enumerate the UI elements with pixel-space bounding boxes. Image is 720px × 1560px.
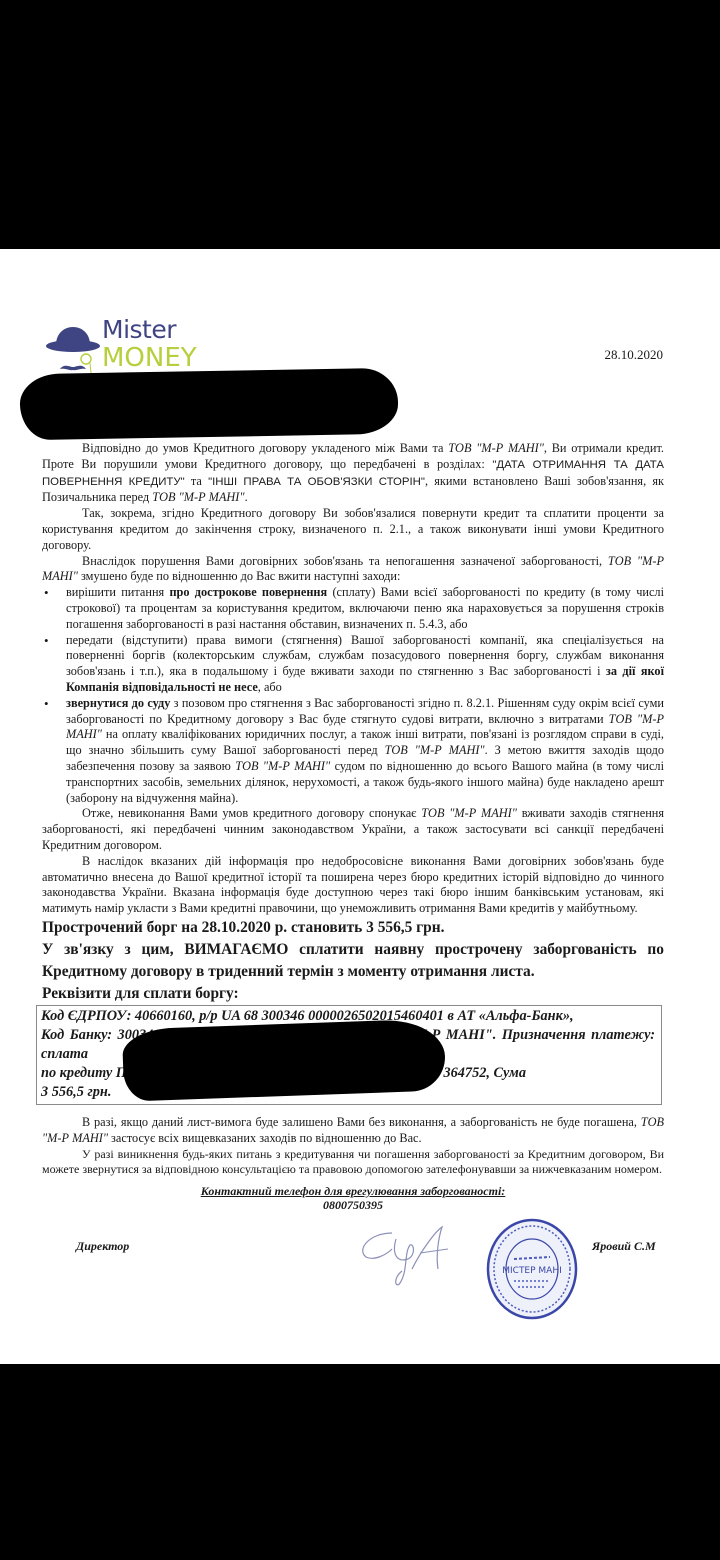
letter-page: Mister MONEY 28.10.2020 Кр Відповідно до… bbox=[0, 249, 720, 1364]
bowler-hat-icon bbox=[44, 315, 104, 377]
company-stamp-icon: МІСТЕР МАНІ bbox=[484, 1217, 580, 1321]
redacted-recipient bbox=[19, 368, 398, 441]
payment-requisites-box: Код ЄДРПОУ: 40660160, р/р UA 68 300346 0… bbox=[36, 1005, 662, 1105]
redacted-payment-details bbox=[122, 1018, 446, 1101]
paragraph-credit-history: В наслідок вказаних дій інформація про н… bbox=[42, 854, 664, 917]
measures-list: вирішити питання про дострокове повернен… bbox=[42, 585, 664, 806]
company-logo: Mister MONEY bbox=[44, 315, 214, 377]
payment-demand: У зв'язку з цим, ВИМАГАЄМО сплатити наяв… bbox=[42, 939, 664, 983]
paragraph-contact-info: У разі виникнення будь-яких питань з кре… bbox=[42, 1147, 664, 1179]
closing-section: В разі, якщо даний лист-вимога буде зали… bbox=[42, 1115, 664, 1178]
contact-label: Контактний телефон для врегулювання забо… bbox=[42, 1184, 664, 1198]
handwritten-signature-icon bbox=[352, 1219, 472, 1299]
contact-block: Контактний телефон для врегулювання забо… bbox=[42, 1184, 664, 1212]
signature-row: Директор МІСТЕР МАНІ Яровий С.М bbox=[0, 1229, 720, 1339]
paragraph-measures-intro: Внаслідок порушення Вами договірних зобо… bbox=[42, 554, 664, 586]
paragraph-obligations: Так, зокрема, згідно Кредитного договору… bbox=[42, 506, 664, 553]
measure-assign-claim: передати (відступити) права вимоги (стяг… bbox=[66, 633, 664, 696]
signer-name: Яровий С.М bbox=[592, 1239, 656, 1254]
requisites-title: Реквізити для сплати боргу: bbox=[42, 983, 664, 1005]
paragraph-contract-breach: Відповідно до умов Кредитного договору у… bbox=[42, 441, 664, 506]
signer-position: Директор bbox=[76, 1239, 129, 1254]
letter-date: 28.10.2020 bbox=[605, 347, 664, 363]
svg-text:МІСТЕР МАНІ: МІСТЕР МАНІ bbox=[502, 1266, 562, 1276]
measure-early-repayment: вирішити питання про дострокове повернен… bbox=[66, 585, 664, 632]
contact-phone[interactable]: 0800750395 bbox=[42, 1198, 664, 1212]
logo-mister-text: Mister bbox=[102, 315, 176, 345]
measure-court: звернутися до суду з позовом про стягнен… bbox=[66, 696, 664, 807]
logo-money-text: MONEY bbox=[102, 343, 197, 373]
paragraph-warning: В разі, якщо даний лист-вимога буде зали… bbox=[42, 1115, 664, 1147]
letter-body: Відповідно до умов Кредитного договору у… bbox=[42, 441, 664, 1212]
paragraph-consequences: Отже, невиконання Вами умов кредитного д… bbox=[42, 806, 664, 853]
overdue-debt-statement: Прострочений борг на 28.10.2020 р. стано… bbox=[42, 917, 664, 939]
